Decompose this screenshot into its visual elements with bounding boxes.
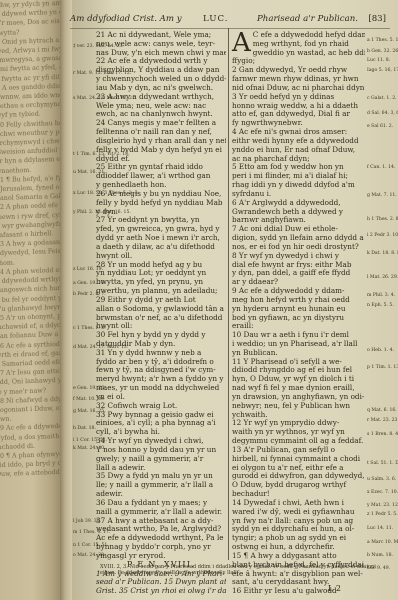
verse-line: iau Mab y dyn, ac ni's gwelwch.: [96, 84, 226, 93]
verse-line: tyngir; a phob un ag sydd yn ei: [232, 534, 365, 543]
margin-reference: u Salm. 3. 6.: [367, 477, 396, 482]
verse-line: 33 Pwy bynnag a geisio gadw ei: [96, 411, 226, 420]
verse-line: bynnag y byddo'r corph, yno yr: [96, 543, 226, 552]
verse-line: ostwng ei hun, a ddyrchefir.: [232, 543, 365, 552]
margin-reference: s Mat. 24. 23. Marc 13. 21.: [73, 96, 136, 101]
verse-line: fewn y tŷ, na ddisgyned i'w cym-: [96, 366, 226, 375]
verse-line: 36 Dau a fyddant yn y maes; y: [96, 499, 226, 508]
page-number: [83]: [368, 14, 386, 24]
verse-line: llall a adewir.: [96, 464, 226, 473]
verse-line: 22 Ac efe a ddywedodd wrth y: [96, 57, 226, 66]
verse-line: barnwr anghyfiawn.: [232, 216, 365, 225]
header-rule: [70, 28, 390, 29]
verse-line: ar y ddaear?: [232, 278, 365, 287]
margin-reference: ‡ ver. 23. Mat. 24. 23.: [73, 44, 124, 49]
verse-line: 27 Yr oeddynt yn bwytta, yn: [96, 216, 226, 225]
left-page-line: Duw, efe a attebodd iddynt: [0, 468, 60, 480]
verse-line: syfrdanu i.: [232, 190, 365, 199]
verse-line: 10 Dau wr a aeth i fynu i'r deml: [232, 331, 365, 340]
margin-reference: Luc 11. 8.: [367, 58, 390, 63]
margin-reference: b Pedr 2. 6, 7.: [73, 292, 106, 297]
margin-reference: y Phil. 2. 15. Dat. 16. 15.: [73, 210, 131, 215]
margin-reference: d Sal. 64. 3, 6.: [367, 111, 398, 116]
verse-line: yn nyddiau Lot; yr oeddynt yn: [96, 269, 226, 278]
margin-reference: k Mat. 24. 40.: [73, 446, 106, 451]
verse-line: 16 Eithr yr Iesu a'u galwodd: [232, 587, 365, 596]
verse-line: farnwr mewn rhyw ddinas, yr hwn: [232, 75, 365, 84]
verse-line: cyll, a'i bywha hi.: [96, 428, 226, 437]
margin-reference: a Gen. 19. 16.: [73, 281, 106, 286]
verse-line: 28 Yr un modd hefyd ag y bu: [96, 261, 226, 270]
margin-reference: f Mat. 10. 39.: [73, 397, 104, 402]
verse-line: 4 Ac efe ni's gwnai dros amser:: [232, 128, 365, 137]
left-page-text: nhw, yr ydych yn ammodi,a ddywed wrtho y…: [0, 0, 60, 480]
drop-cap: A: [232, 32, 251, 54]
verse-line: nos, er ei fod yn hir oedi drostynt?: [232, 243, 365, 252]
book-gutter: [60, 0, 72, 600]
verse-line: allan o Sodoma, y gwlawiodd tân a: [96, 305, 226, 314]
text-column-left: 21 Ac ni ddywedant, Wele yma;neu, wele a…: [96, 31, 226, 596]
verse-line: 8 Yr wyf yn dywedyd i chwi y: [232, 252, 365, 261]
verse-line: nas Duw, y'n eich mewn chwi y mae.: [96, 49, 226, 58]
verse-line: 21 Ac ni ddywedant, Wele yma;: [96, 31, 226, 40]
verse-line: dial efe hwynt ar frys: eithr Mab: [232, 261, 365, 270]
verse-line: honno wraig weddw, a hi a ddaeth: [232, 102, 365, 111]
verse-line: 34 Yr wyf yn dywedyd i chwi,: [96, 437, 226, 446]
margin-reference: e Gen. 19. 26.: [73, 386, 106, 391]
verse-line: yn drawsion, yn anghyfiawn, yn odi-: [232, 393, 365, 402]
verse-line: bod yn gyfiawn, ac yn diystyru: [232, 314, 365, 323]
verse-line: ddioddef llawer, a'i wrthod gan: [96, 172, 226, 181]
verse-line: Ac efe a ddywedodd wrthynt, Pa le: [96, 534, 226, 543]
verse-line: ac na pharchaf ddyn;: [232, 155, 365, 164]
verse-line: 15 ¶ A hwy a ddygasant atto: [232, 552, 365, 561]
verse-line: C efe a ddywedodd hefyd ddam-: [253, 31, 365, 40]
verse-line: wedasant wrtho, Pa le, Arglwydd?: [96, 525, 226, 534]
margin-reference: r Mat. 23. 23.: [367, 418, 398, 423]
footnote: XVIII. 2, 3. Nid oedd gan y Pharisead dd…: [100, 564, 390, 576]
verse-line: ychwaith.: [232, 411, 365, 420]
verse-line: Gwrandewch beth a ddywed y: [232, 208, 365, 217]
margin-reference: l Mat. 26. 29.: [367, 275, 398, 280]
margin-reference: n 1 Cor. 15. 51.: [73, 543, 109, 548]
verse-line: waith yn yr wythnos, yr wyf yn: [232, 428, 365, 437]
verse-line: felltenna o'r naill ran dan y nef,: [96, 128, 226, 137]
margin-reference: r Mat. 9. 15. Ioan 17. 12.: [73, 71, 131, 76]
margin-reference: m 1 Thes. 4. 17.: [73, 530, 110, 535]
margin-reference: c 1 Thes. 1. 8.: [73, 326, 106, 331]
verse-line: disgleirio hyd y rhan arall dan y nef,: [96, 137, 226, 146]
verse-line: wared i'w dŷ, wedi ei gyfiawnhau: [232, 508, 365, 517]
verse-line: sydd yn ei ddyrchafu ei hun, a ol-: [232, 525, 365, 534]
verse-line: 29 Eithr y dydd yr aeth Lot: [96, 296, 226, 305]
margin-reference: o Heb. 1. 4.: [367, 348, 394, 353]
margin-reference: s 1 Bren. 8. 41.: [367, 432, 398, 437]
header-book-name: LUC.: [203, 14, 228, 24]
margin-reference: c Galat. 1. 2.: [367, 96, 397, 101]
verse-line: yn ei ol.: [96, 393, 226, 402]
verse-line: rhag iddi yn y diwedd ddyfod a'm: [232, 181, 365, 190]
verse-line: eraill:: [232, 322, 365, 331]
verse-line: hyn, O Dduw, yr wyf yn diolch i ti: [232, 375, 365, 384]
verse-line: a daeth y dilaw, ac a'u difethodd: [96, 243, 226, 252]
verse-line: meg wrthynt, fod yn rhaid: [253, 40, 365, 49]
verse-line: yn Bublican.: [232, 349, 365, 358]
verse-line: meryd hwynt; a'r hwn a fyddo yn y: [96, 375, 226, 384]
verse-line: atto ef, gan ddywedyd, Dial fi ar: [232, 110, 365, 119]
verse-line: ewch, ac na chanlynwch hwynt.: [96, 110, 226, 119]
margin-reference: m Phil. 3. 4.: [367, 293, 395, 298]
verse-line: ffygio;: [232, 57, 365, 66]
verse-line: yfed, yn gwreicca, yn gwra, hyd y: [96, 225, 226, 234]
verse-line: degymmu cymmaint oll ag a feddaf.: [232, 437, 365, 446]
verse-line: adewir.: [96, 490, 226, 499]
verse-line: 2 Gan ddywedyd, Yr oedd rhyw: [232, 66, 365, 75]
verse-line: fy ngwrthwynebwr.: [232, 119, 365, 128]
margin-reference: h 1 Thes. 2. 8.: [367, 217, 398, 222]
verse-line: 35 Dwy a fydd yn malu yn yr un: [96, 472, 226, 481]
verse-line: gurodd ei ddwyfron, gan ddywedyd,: [232, 472, 365, 481]
verse-line: 7 Ac oni ddial Duw ei ethole-: [232, 225, 365, 234]
margin-reference: z 1 Pedr 5. 5.: [367, 512, 398, 517]
margin-reference: t 1 Tim. 6. 15. Tit. 2. 13.: [73, 152, 130, 157]
verse-line: einioes, a'i cyll; a pha bynnag a'i: [96, 419, 226, 428]
verse-line: nid ofnai Dduw, ac ni pharchai ddyn.: [232, 84, 365, 93]
margin-reference: b Num. 18.: [367, 553, 393, 558]
verse-line: 30 Fel hyn y bydd yn y dydd y: [96, 331, 226, 340]
margin-reference: i 2 Pedr 3. 10.: [367, 233, 398, 238]
margin-reference: o Mat. 24. 28.: [73, 553, 106, 558]
verse-line: 3 Yr oedd hefyd yn y ddinas: [232, 93, 365, 102]
verse-line: lle; y naill a gymmerir, a'r llall a: [96, 481, 226, 490]
verse-line: hirbell, ni fynnai cymmaint a chodi: [232, 455, 365, 464]
verse-line: y chwennychoch weled un o ddydd-: [96, 75, 226, 84]
running-header: Am ddyfodiad Crist. Am y LUC. Pharisead …: [70, 14, 388, 28]
verse-line: y genhedlaeth hon.: [96, 181, 226, 190]
verse-line: ei olygon tu a'r nef, eithr efe a: [232, 464, 365, 473]
verse-line: 24 Canys megis y mae'r fellten a: [96, 119, 226, 128]
margin-reference: g Mat. 16. 25.: [73, 409, 106, 414]
left-page-curl: nhw, yr ydych yn ammodi,a ddywed wrtho y…: [0, 0, 60, 600]
verse-line: i weddio; un yn Pharisead, a'r llall: [232, 340, 365, 349]
margin-reference: f Can. 1. 14.: [367, 165, 395, 170]
verse-line: 14 Dywedaf i chwi, Aeth hwn i: [232, 499, 365, 508]
margin-reference: a Marc 10. Mat. 19.: [367, 540, 398, 545]
verse-line: naill a gymmerir, a'r llall a adewir.: [96, 508, 226, 517]
verse-line: 25 Eithr yn gyntaf rhaid iddo: [96, 163, 226, 172]
verse-line: bechadur!: [232, 490, 365, 499]
verse-line: ymgasgl yr eryrod.: [96, 552, 226, 561]
verse-line: 12 Yr wyf yn ymprydio ddwy-: [232, 419, 365, 428]
margin-reference: e Sal 61. 2.: [367, 124, 393, 129]
header-left-title: Am ddyfodiad Crist. Am y: [70, 14, 182, 24]
verse-line: meg hon hefyd wrth y rhai oedd: [232, 296, 365, 305]
verse-line: 5 Etto am fod y weddw hon yn: [232, 163, 365, 172]
column-divider: [228, 28, 229, 560]
verse-line: ddiodd rhyngddo ag ef ei hun fel: [232, 366, 365, 375]
verse-line: Wele yma; neu, wele acw: nac: [96, 102, 226, 111]
margin-reference: i 1 Cor. 15. 51.: [73, 438, 107, 443]
header-right-title: Pharisead a'r Publican.: [257, 14, 358, 24]
margin-reference: p 1 Tim. 1. 13.: [367, 365, 398, 370]
verse-line: gwely; y naill a gymmerir, a'r: [96, 455, 226, 464]
text-column-right: AC efe a ddywedodd hefyd ddam-meg wrthyn…: [232, 31, 365, 596]
margin-reference: k Dat. 18. 8. Heb. 10. 37.: [367, 251, 398, 256]
verse-line: gwerthu, yn plannu, yn adeiladu;: [96, 287, 226, 296]
margin-reference: x Luc 18. 30. 1 Thes. 5. 2, 3.: [73, 191, 139, 196]
verse-line: yn fwy na'r llall: canys pob un ag: [232, 517, 365, 526]
verse-line: eithr wedi hynny efe a ddywedodd: [232, 137, 365, 146]
signature-mark: L 2: [328, 584, 341, 593]
margin-reference: l Job 39. 30.: [73, 519, 101, 524]
margin-reference: t Sal. 51. 1. Dan. 9. 18.: [367, 461, 398, 466]
margin-reference: Luc 14. 11.: [367, 526, 393, 531]
verse-line: fyddo ar ben y tŷ, a'i ddodrefn o: [96, 358, 226, 367]
verse-line: gweddio yn wastad, ac heb ddi-: [253, 49, 365, 58]
footnote-line: eihun. Fe ddarbynwyd y naill, ac fe wrth…: [100, 570, 390, 576]
verse-line: 6 A'r Arglwydd a ddywedodd,: [232, 199, 365, 208]
verse-line: bwytta, yn yfed, yn prynu, yn: [96, 278, 226, 287]
margin-reference: h Dat. 18.: [73, 426, 96, 431]
verse-line: nad wyf fi fel y mae dynion eraill,: [232, 384, 365, 393]
verse-line: felly y bydd hefyd yn nyddiau Mab: [96, 199, 226, 208]
margin-reference: n Eph. 5. 5.: [367, 303, 394, 308]
verse-line: sant, a'u ceryddasant hwy.: [232, 578, 365, 587]
verse-line: hwynt oll.: [96, 252, 226, 261]
verse-line: O Dduw, bydd drugarog wrthyf: [232, 481, 365, 490]
margin-reference: y Mat. 23. 12.: [367, 503, 398, 508]
margin-reference: x Ezec. 7. 10.: [367, 490, 398, 495]
verse-line: nebwyr; neu, fel y Publican hwn: [232, 402, 365, 411]
margin-reference: z Luc 16. 19.: [73, 267, 103, 272]
margin-reference: a 1 Thes. 5. 17.: [367, 38, 398, 43]
verse-line: y dyn, pan ddel, a gaiff efe ffydd: [232, 269, 365, 278]
verse-line: 9 Ac efe a ddywedodd y ddam-: [232, 287, 365, 296]
verse-line: 11 Y Pharisead o'i sefyll a we-: [232, 358, 365, 367]
verse-line: maes, yr un modd na ddychweled: [96, 384, 226, 393]
chapter-summary-line: sead a'r Publican. 15 Dwyn plant at: [96, 578, 226, 587]
verse-line: ynddo ei hun, Er nad ofnaf Dduw,: [232, 146, 365, 155]
verse-line: dydd yr aeth Noe i mewn i'r arch,: [96, 234, 226, 243]
verse-line: 13 A'r Publican, gan sefyll o: [232, 446, 365, 455]
verse-line: brwmstan o'r nef, ac a'u difethodd: [96, 314, 226, 323]
margin-reference: d Mat. 24. 17. Marc 13.: [73, 345, 128, 350]
verse-line: 32 Cofiwch wraig Lot.: [96, 402, 226, 411]
chapter-summary-line: Grist. 35 Crist yn rhoi ei olwg i'r dall…: [96, 587, 226, 596]
verse-line: yn hyderu arnynt eu hunain eu: [232, 305, 365, 314]
margin-reference: g Mat. 7. 11.: [367, 193, 397, 198]
verse-line: hwynt oll:: [96, 322, 226, 331]
margin-reference: b Gen. 32. 26.: [367, 49, 398, 54]
verse-line: peri i mi flinder, mi a'i dialaf hi;: [232, 172, 365, 181]
margin-reference: q Mat. 6. 16.: [367, 408, 397, 413]
margin-reference: Iago 5. 16, 17.: [367, 68, 398, 73]
margin-reference: u Mat. 16. 21.: [73, 170, 106, 175]
verse-line: Y nos honno y bydd dau yn yr un: [96, 446, 226, 455]
verse-line: 37 A hwy a attebasant ac a ddy-: [96, 517, 226, 526]
verse-line: digion, sydd yn llefain arno ddydd a: [232, 234, 365, 243]
